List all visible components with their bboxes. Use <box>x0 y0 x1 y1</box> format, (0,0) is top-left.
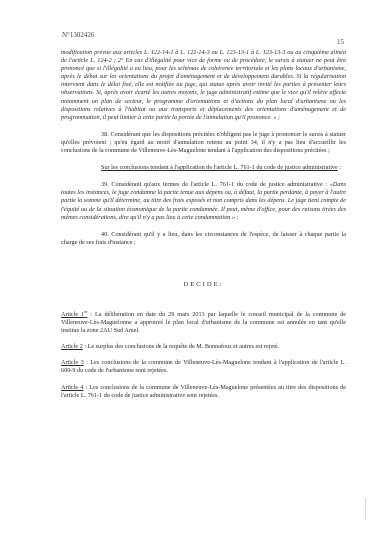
paragraph-40: 40. Considérant qu'il y a lieu, dans les… <box>61 231 346 247</box>
article-4-text: : Les conclusions de la commune de Ville… <box>61 384 346 399</box>
paragraph-39: 39. Considérant qu'aux termes de l'artic… <box>61 181 346 221</box>
paragraph-39-intro: 39. Considérant qu'aux termes de l'artic… <box>101 181 330 188</box>
article-1-label: Article 1er <box>61 311 87 318</box>
scan-margin-mark <box>365 498 366 520</box>
article-4: Article 4 : Les conclusions de la commun… <box>61 384 346 400</box>
page-number: 15 <box>337 38 344 46</box>
article-3-text: : Les conclusions de la commune de Ville… <box>61 359 346 374</box>
document-page: N°1302426 15 modification prévue aux art… <box>0 0 388 550</box>
section-heading-article-761-1: Sur les conclusions tendant à l'applicat… <box>61 164 346 172</box>
article-3-label: Article 3 <box>61 359 84 366</box>
article-3: Article 3 : Les conclusions de la commun… <box>61 359 346 375</box>
section-heading-text: Sur les conclusions tendant à l'applicat… <box>101 164 338 171</box>
decide-heading: DECIDE: <box>61 281 346 289</box>
article-1-label-text: Article 1 <box>61 311 84 318</box>
case-number: N°1302426 <box>62 31 94 39</box>
article-4-label: Article 4 <box>61 384 83 391</box>
article-2-text: : Le surplus des conclusions de la requê… <box>83 343 279 350</box>
paragraph-38: 38. Considérant que les dispositions pré… <box>61 131 346 155</box>
article-2: Article 2 : Le surplus des conclusions d… <box>61 343 346 351</box>
document-body: modification prévue aux articles L. 122-… <box>61 49 346 400</box>
section-heading-colon: : <box>338 164 341 171</box>
article-1: Article 1er : La délibération en date du… <box>61 311 346 335</box>
article-1-text: : La délibération en date du 29 mars 201… <box>61 311 346 334</box>
article-2-label: Article 2 <box>61 343 83 350</box>
quoted-text-continuation: modification prévue aux articles L. 122-… <box>61 49 346 122</box>
